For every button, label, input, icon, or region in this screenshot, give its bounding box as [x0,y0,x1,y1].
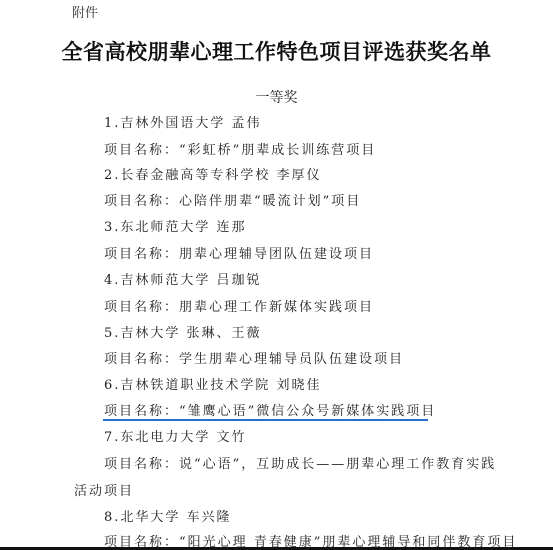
entry-school-line: 3.东北师范大学 连那 [104,216,247,235]
entry-project-line: 项目名称：说“心语”，互助成长——朋辈心理工作教育实践 [104,453,496,472]
entry-school-line: 4.吉林师范大学 吕珈锐 [104,269,262,288]
entry-school-line: 6.吉林铁道职业技术学院 刘晓佳 [104,374,322,393]
entry-school-line: 1.吉林外国语大学 孟伟 [104,112,262,131]
entry-project-line: 项目名称：“彩虹桥”朋辈成长训练营项目 [104,139,376,158]
entry-project-line-highlighted: 项目名称：“雏鹰心语”微信公众号新媒体实践项目 [104,400,436,419]
highlight-underline [103,419,428,421]
document-title: 全省高校朋辈心理工作特色项目评选获奖名单 [0,36,553,66]
entry-school-line: 5.吉林大学 张琳、王薇 [104,322,262,341]
document-page: 附件 全省高校朋辈心理工作特色项目评选获奖名单 一等奖 1.吉林外国语大学 孟伟… [0,0,553,547]
entry-project-line: 项目名称：心陪伴朋辈“暖流计划”项目 [104,190,361,209]
entry-project-line-continued: 活动项目 [74,480,134,499]
entry-project-line: 项目名称：朋辈心理工作新媒体实践项目 [104,296,374,315]
entry-school-line: 8.北华大学 车兴隆 [104,506,232,525]
entry-school-line: 7.东北电力大学 文竹 [104,426,247,445]
entry-school-line: 2.长春金融高等专科学校 李厚仪 [104,164,322,183]
entry-project-line: 项目名称：学生朋辈心理辅导员队伍建设项目 [104,348,404,367]
attachment-label: 附件 [72,2,98,21]
entry-project-line: 项目名称：朋辈心理辅导团队伍建设项目 [104,243,374,262]
prize-level-heading: 一等奖 [0,87,553,107]
